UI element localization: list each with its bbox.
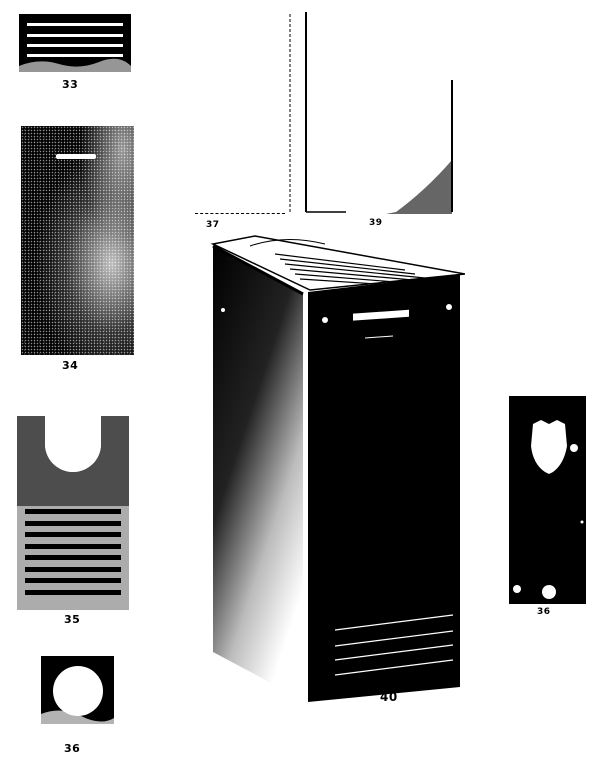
part-35-louvered-panel — [17, 404, 129, 610]
part-39-rear-panel — [286, 10, 456, 216]
label-35: 35 — [64, 613, 80, 626]
part-40-cabinet — [205, 232, 465, 702]
part-33-grille — [19, 14, 131, 72]
label-33: 33 — [62, 78, 78, 91]
label-40: 40 — [380, 690, 398, 704]
label-34: 34 — [62, 359, 78, 372]
label-36-left: 36 — [64, 742, 80, 755]
grille-louvers-icon — [19, 14, 131, 72]
part-37-trim-line — [195, 213, 285, 216]
label-36-right: 36 — [537, 607, 551, 617]
handle-slot — [56, 154, 96, 159]
part-36-round-plate — [41, 656, 114, 724]
part-36-rear-plate — [509, 396, 586, 604]
label-37: 37 — [206, 220, 220, 230]
part-34-side-panel — [21, 126, 134, 355]
label-39: 39 — [369, 218, 383, 228]
